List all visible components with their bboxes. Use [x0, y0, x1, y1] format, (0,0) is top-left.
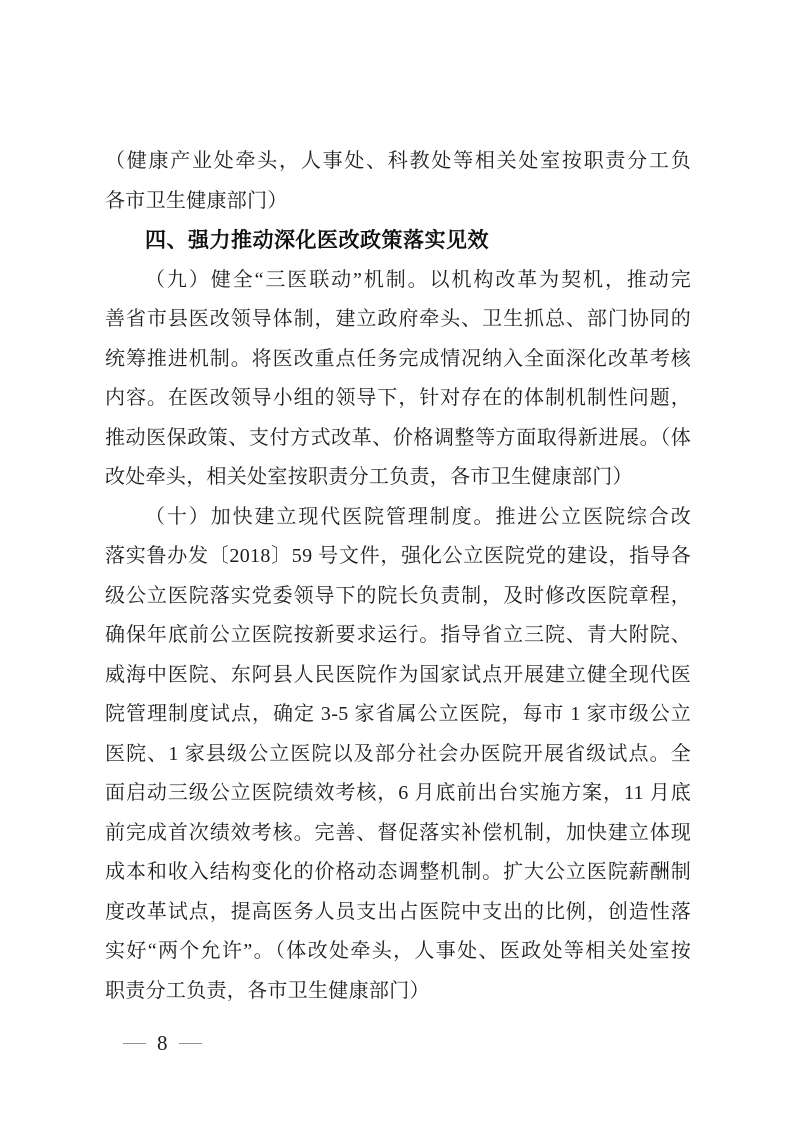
body-line: 面启动三级公立医院绩效考核，6 月底前出台实施方案，11 月底	[105, 774, 691, 814]
document-page: （健康产业处牵头，人事处、科教处等相关处室按职责分工负责，各市卫生健康部门）四、…	[0, 0, 793, 1122]
body-line: 各市卫生健康部门）	[105, 182, 691, 222]
body-line: 医院、1 家县级公立医院以及部分社会办医院开展省级试点。全	[105, 735, 691, 775]
body-line: 内容。在医改领导小组的领导下，针对存在的体制机制性问题，	[105, 379, 691, 419]
page-number-value: 8	[157, 1031, 168, 1056]
body-line: 改处牵头，相关处室按职责分工负责，各市卫生健康部门）	[105, 458, 691, 498]
body-line: 确保年底前公立医院按新要求运行。指导省立三院、青大附院、	[105, 616, 691, 656]
body-line: （健康产业处牵头，人事处、科教处等相关处室按职责分工负责，	[105, 142, 691, 182]
body-line: （十）加快建立现代医院管理制度。推进公立医院综合改革。	[105, 498, 691, 538]
body-line: 落实鲁办发〔2018〕59 号文件，强化公立医院党的建设，指导各	[105, 537, 691, 577]
body-line: 推动医保政策、支付方式改革、价格调整等方面取得新进展。（体	[105, 419, 691, 459]
page-number-dash-right: —	[179, 1032, 202, 1054]
body-line: （九）健全“三医联动”机制。以机构改革为契机，推动完	[105, 261, 691, 301]
body-line: 统筹推进机制。将医改重点任务完成情况纳入全面深化改革考核	[105, 340, 691, 380]
body-line: 威海中医院、东阿县人民医院作为国家试点开展建立健全现代医	[105, 656, 691, 696]
body-line: 级公立医院落实党委领导下的院长负责制，及时修改医院章程，	[105, 577, 691, 617]
page-number-dash-left: —	[123, 1032, 146, 1054]
body-line: 职责分工负责，各市卫生健康部门）	[105, 972, 691, 1012]
page-number: — 8 —	[125, 1029, 200, 1057]
body-line: 度改革试点，提高医务人员支出占医院中支出的比例，创造性落	[105, 893, 691, 933]
body-line: 院管理制度试点，确定 3-5 家省属公立医院，每市 1 家市级公立	[105, 695, 691, 735]
body-line: 善省市县医改领导体制，建立政府牵头、卫生抓总、部门协同的	[105, 300, 691, 340]
body-line: 前完成首次绩效考核。完善、督促落实补偿机制，加快建立体现	[105, 814, 691, 854]
body-line: 成本和收入结构变化的价格动态调整机制。扩大公立医院薪酬制	[105, 853, 691, 893]
document-body: （健康产业处牵头，人事处、科教处等相关处室按职责分工负责，各市卫生健康部门）四、…	[105, 142, 691, 1011]
body-line: 实好“两个允许”。（体改处牵头，人事处、医政处等相关处室按	[105, 932, 691, 972]
section-heading: 四、强力推动深化医改政策落实见效	[105, 221, 691, 261]
